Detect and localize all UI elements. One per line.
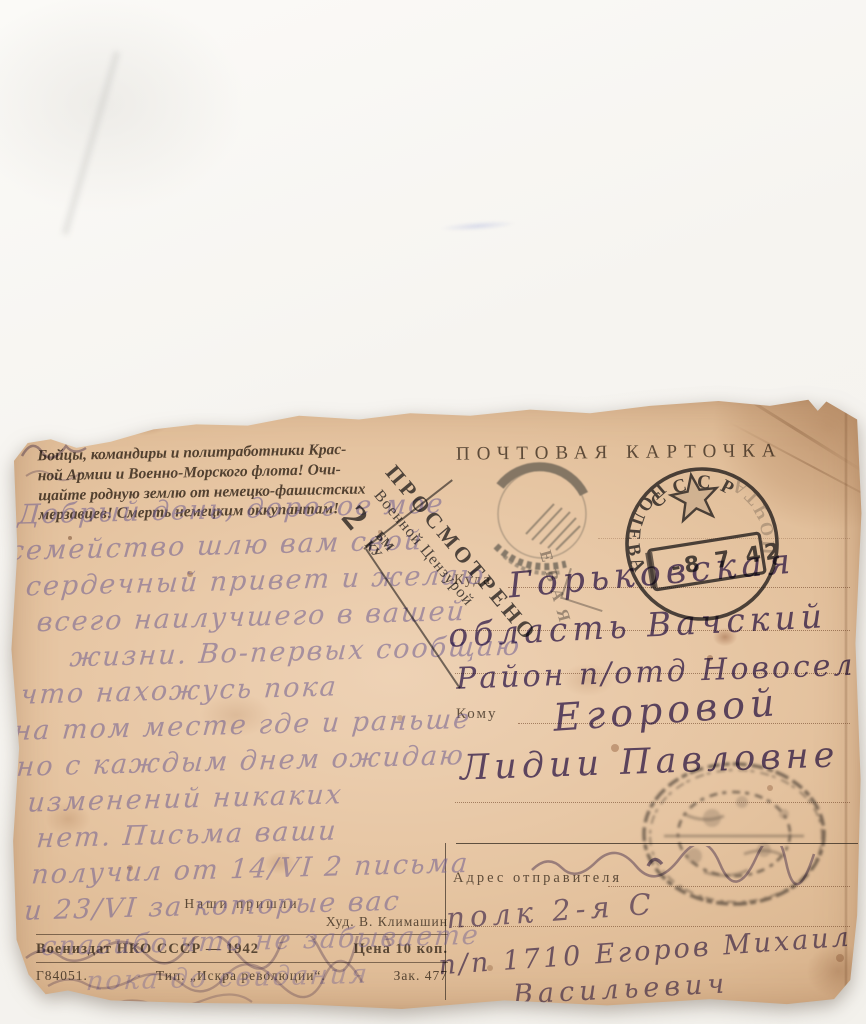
- paper-stain: [324, 398, 368, 422]
- pencil-scribble: [16, 426, 166, 496]
- pencil-scribble-bottom: [18, 936, 438, 1012]
- sender-line: Васильевич: [512, 968, 730, 1010]
- photo-of-postcard: { "card": { "slogan_lines": [ "Бойцы, ко…: [0, 0, 866, 1024]
- faint-blue-smudge: [428, 217, 529, 236]
- postcard: Бойцы, командиры и политработники Крас- …: [8, 396, 864, 1014]
- field-post-stamp: СССР ПОЛЕВАЯ ПОЧТА -8 7 42: [597, 439, 808, 650]
- arrival-postmark: [624, 754, 844, 914]
- background-shading: [0, 0, 340, 260]
